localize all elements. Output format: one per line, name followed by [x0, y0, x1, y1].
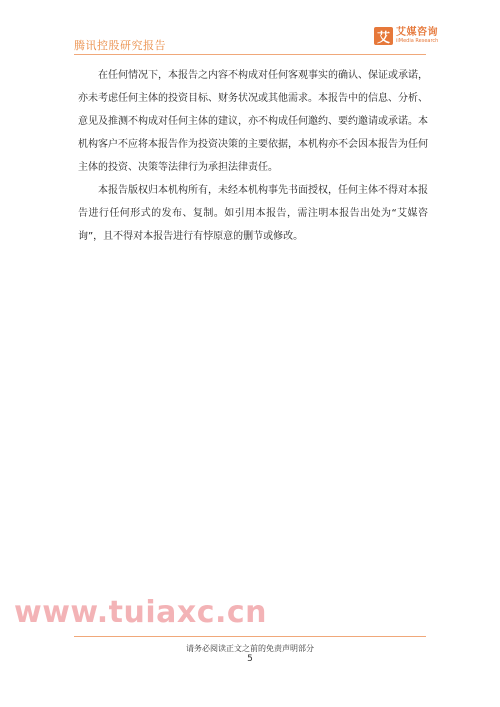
site-watermark: www.tuiaxc.cn — [14, 595, 267, 630]
logo-name-en: iiMedia Research — [396, 39, 438, 44]
copyright-paragraph: 本报告版权归本机构所有，未经本机构事先书面授权，任何主体不得对本报告进行任何形式… — [78, 179, 428, 248]
footer-note: 请务必阅读正文之前的免责声明部分 — [0, 643, 500, 654]
report-title: 腾讯控股研究报告 — [74, 37, 166, 53]
logo-text: 艾媒咨询 iiMedia Research — [396, 28, 438, 44]
header-divider — [74, 54, 426, 55]
disclaimer-body: 在任何情况下，本报告之内容不构成对任何客观事实的确认、保证或承诺，亦未考虑任何主… — [78, 64, 428, 248]
page-number: 5 — [0, 654, 500, 664]
disclaimer-paragraph: 在任何情况下，本报告之内容不构成对任何客观事实的确认、保证或承诺，亦未考虑任何主… — [78, 64, 428, 179]
logo-name-cn: 艾媒咨询 — [396, 28, 438, 38]
logo-mark-icon: 艾 — [374, 27, 393, 45]
iimedia-logo: 艾 艾媒咨询 iiMedia Research — [374, 27, 438, 45]
footer-divider — [74, 636, 426, 637]
